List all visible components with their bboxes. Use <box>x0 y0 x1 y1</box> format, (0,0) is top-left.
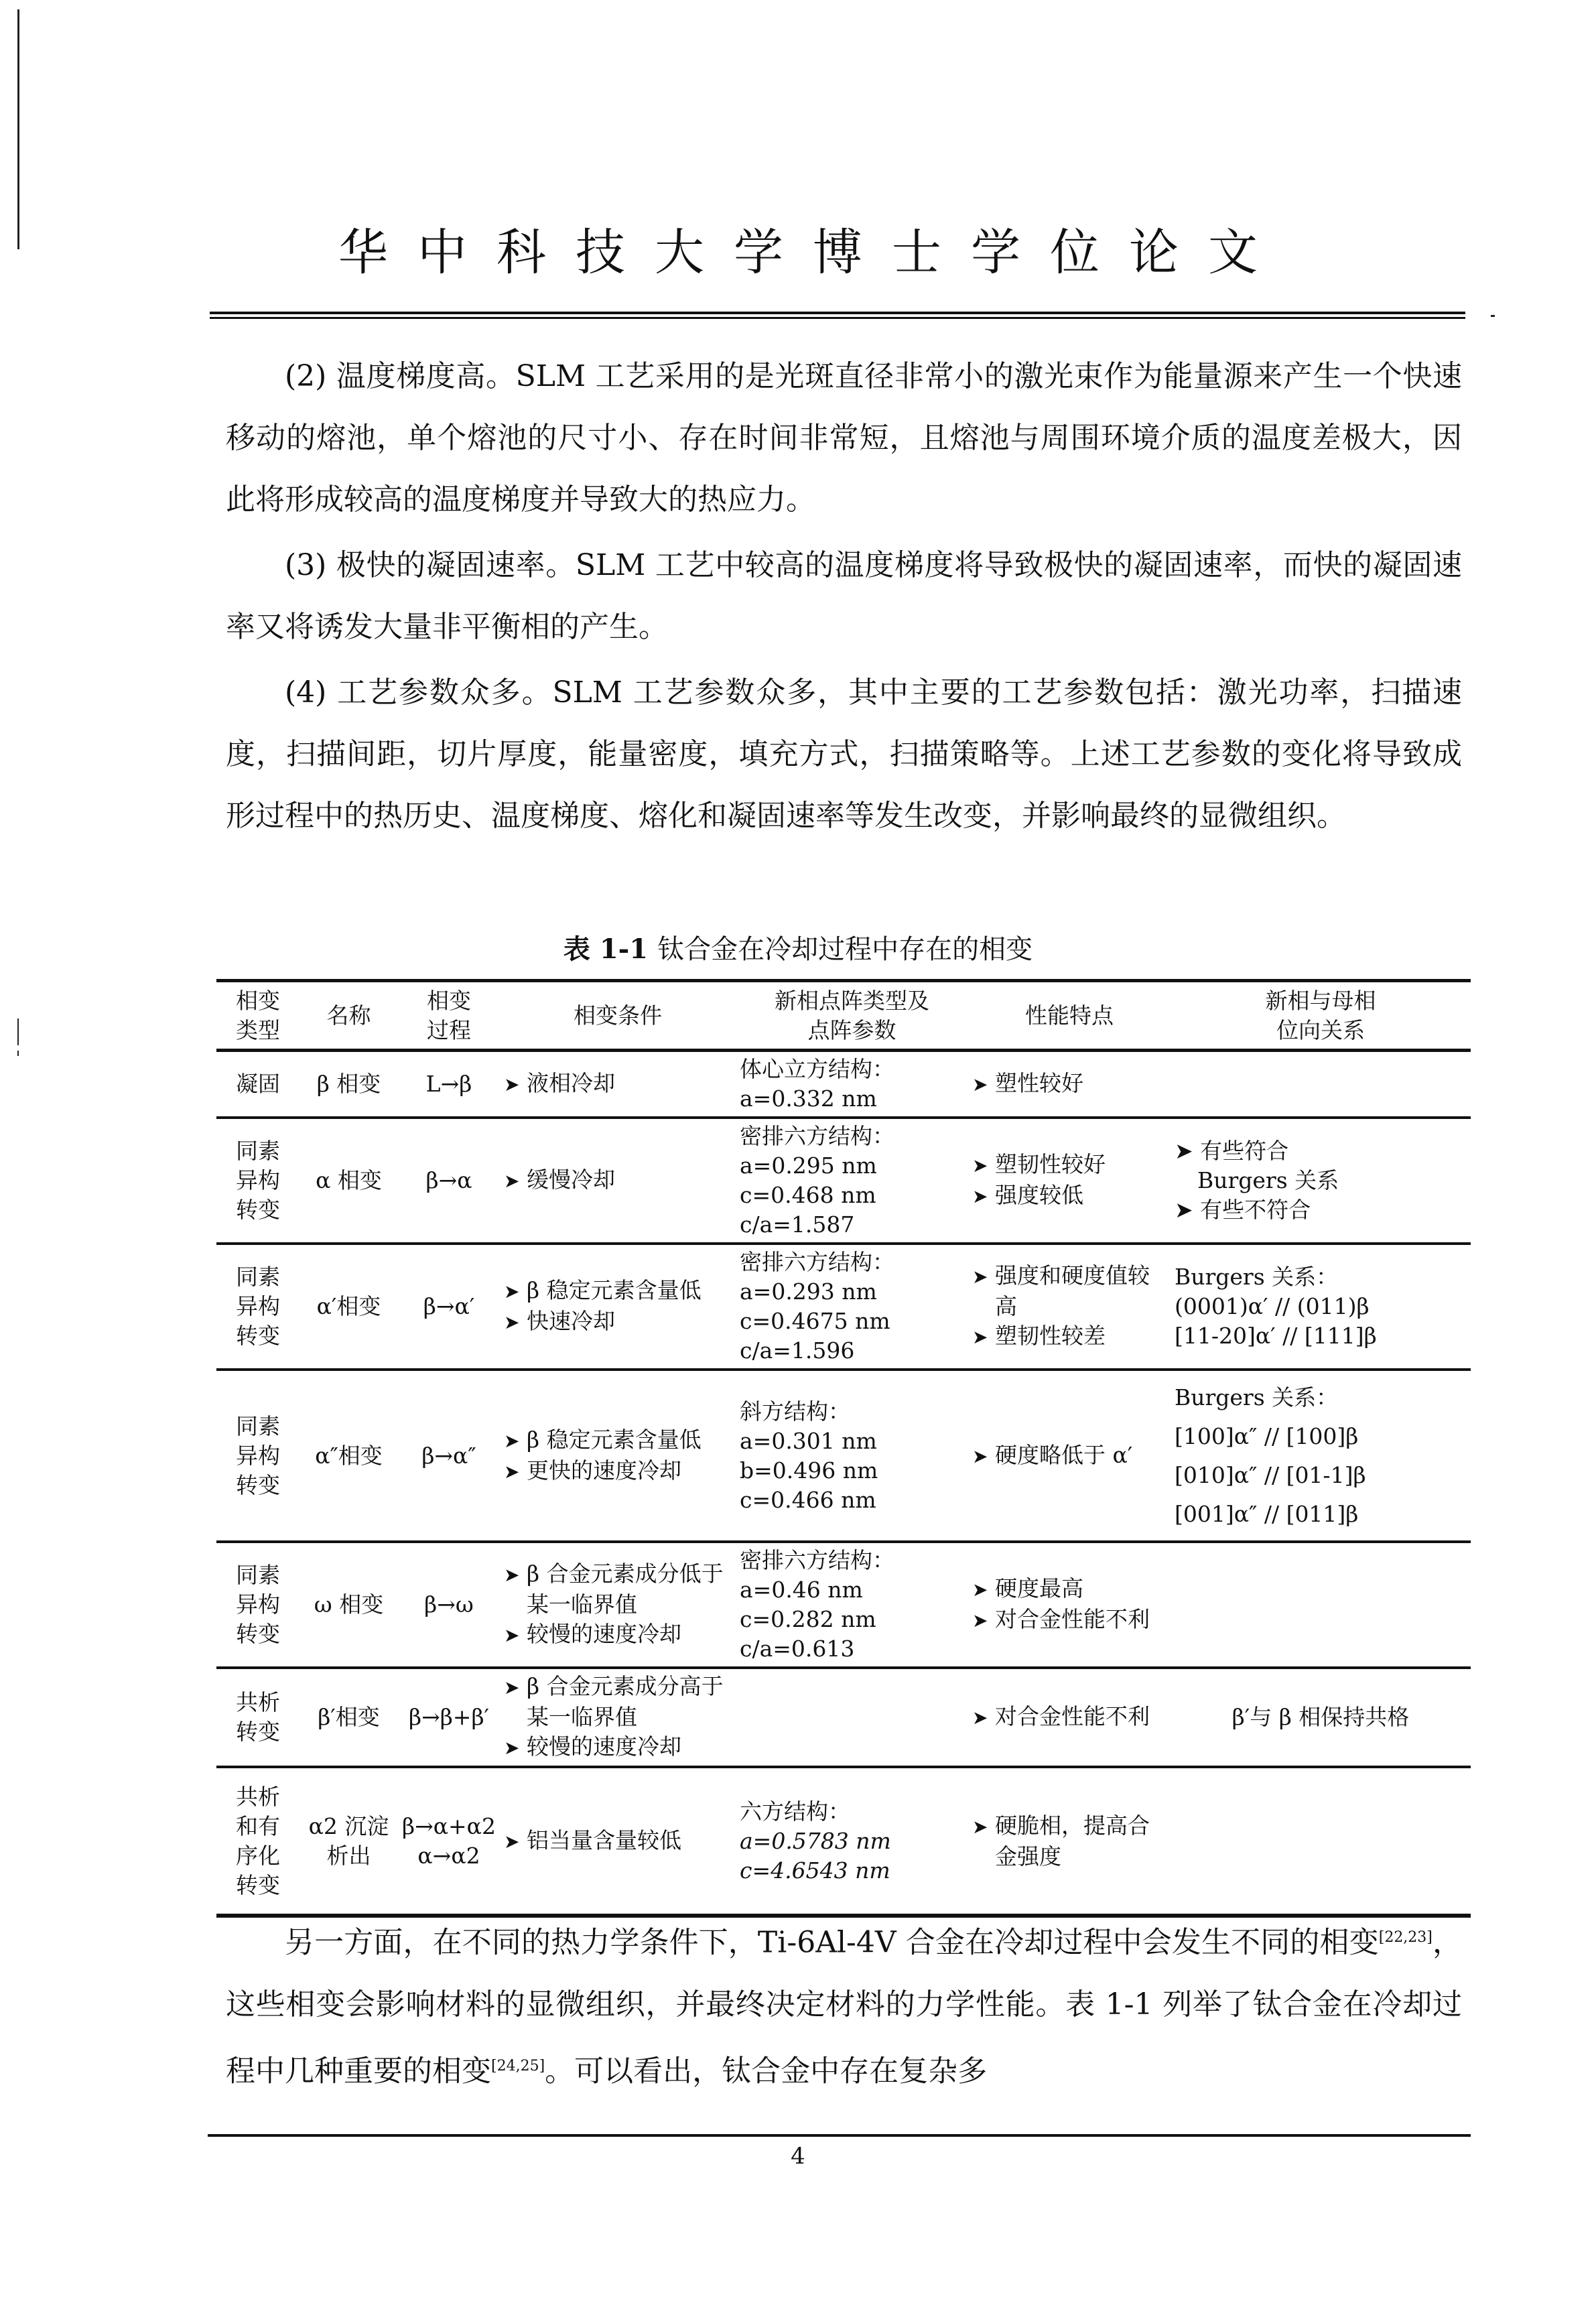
cell-process: β→α+α2α→α2 <box>398 1767 500 1916</box>
citation-ref[interactable]: [24,25] <box>491 2058 545 2074</box>
cell-process: L→β <box>398 1051 500 1118</box>
table-caption-label: 表 1-1 <box>563 933 648 965</box>
cell-process: β→ω <box>398 1542 500 1668</box>
paragraph-process-parameters: (4) 工艺参数众多。SLM 工艺参数众多，其中主要的工艺参数包括：激光功率，扫… <box>226 662 1462 847</box>
cell-process: β→α′ <box>398 1244 500 1370</box>
table-row: 共析转变 β′相变 β→β+β′ β 合金元素成分高于某一临界值较慢的速度冷却 … <box>216 1668 1471 1767</box>
footer-rule <box>208 2134 1471 2137</box>
cell-type: 同素异构转变 <box>216 1542 300 1668</box>
cell-condition: β 合金元素成分高于某一临界值较慢的速度冷却 <box>500 1668 736 1767</box>
cell-property: 强度和硬度值较高塑韧性较差 <box>968 1244 1171 1370</box>
table-caption: 表 1-1钛合金在冷却过程中存在的相变 <box>0 928 1596 966</box>
cell-type: 同素异构转变 <box>216 1370 300 1542</box>
cell-name: α 相变 <box>300 1118 398 1244</box>
cell-property: 硬脆相，提高合金强度 <box>968 1767 1171 1916</box>
cell-property: 硬度最高对合金性能不利 <box>968 1542 1171 1668</box>
table-row: 同素异构转变 α″相变 β→α″ β 稳定元素含量低更快的速度冷却 斜方结构：a… <box>216 1370 1471 1542</box>
paragraph-temperature-gradient: (2) 温度梯度高。SLM 工艺采用的是光斑直径非常小的激光束作为能量源来产生一… <box>226 346 1462 531</box>
cell-lattice: 密排六方结构：a=0.46 nmc=0.282 nmc/a=0.613 <box>736 1542 968 1668</box>
cell-name: α2 沉淀析出 <box>300 1767 398 1916</box>
cell-lattice: 体心立方结构：a=0.332 nm <box>736 1051 968 1118</box>
table-row: 同素异构转变 α 相变 β→α 缓慢冷却 密排六方结构：a=0.295 nmc=… <box>216 1118 1471 1244</box>
cell-condition: 铝当量含量较低 <box>500 1767 736 1916</box>
cell-condition: β 稳定元素含量低快速冷却 <box>500 1244 736 1370</box>
cell-condition: 缓慢冷却 <box>500 1118 736 1244</box>
cell-lattice: 斜方结构：a=0.301 nmb=0.496 nmc=0.466 nm <box>736 1370 968 1542</box>
cell-type: 共析转变 <box>216 1668 300 1767</box>
cell-condition: β 稳定元素含量低更快的速度冷却 <box>500 1370 736 1542</box>
citation-ref[interactable]: [22,23] <box>1379 1929 1433 1946</box>
cell-name: α′相变 <box>300 1244 398 1370</box>
header-lattice: 新相点阵类型及点阵参数 <box>736 981 968 1051</box>
page-number: 4 <box>0 2143 1596 2170</box>
cell-property: 塑性较好 <box>968 1051 1171 1118</box>
cell-lattice: 密排六方结构：a=0.293 nmc=0.4675 nmc/a=1.596 <box>736 1244 968 1370</box>
cell-orientation <box>1171 1542 1471 1668</box>
cell-name: ω 相变 <box>300 1542 398 1668</box>
header-type: 相变类型 <box>216 981 300 1051</box>
header-name: 名称 <box>300 981 398 1051</box>
phase-transformation-table: 相变类型 名称 相变过程 相变条件 新相点阵类型及点阵参数 性能特点 新相与母相… <box>216 979 1471 1918</box>
cell-lattice: 密排六方结构：a=0.295 nmc=0.468 nmc/a=1.587 <box>736 1118 968 1244</box>
header-process: 相变过程 <box>398 981 500 1051</box>
cell-type: 凝固 <box>216 1051 300 1118</box>
cell-process: β→α″ <box>398 1370 500 1542</box>
body-text-bottom: 另一方面，在不同的热力学条件下，Ti-6Al-4V 合金在冷却过程中会发生不同的… <box>226 1907 1462 2102</box>
header-property: 性能特点 <box>968 981 1171 1051</box>
cell-condition: β 合金元素成分低于某一临界值较慢的速度冷却 <box>500 1542 736 1668</box>
cell-property: 对合金性能不利 <box>968 1668 1171 1767</box>
scan-artifact-dot <box>1491 315 1495 317</box>
table-row: 凝固 β 相变 L→β 液相冷却 体心立方结构：a=0.332 nm 塑性较好 <box>216 1051 1471 1118</box>
header-condition: 相变条件 <box>500 981 736 1051</box>
cell-orientation: β′与 β 相保持共格 <box>1171 1668 1471 1767</box>
table-row: 共析和有序化转变 α2 沉淀析出 β→α+α2α→α2 铝当量含量较低 六方结构… <box>216 1767 1471 1916</box>
paragraph-solidification-rate: (3) 极快的凝固速率。SLM 工艺中较高的温度梯度将导致极快的凝固速率，而快的… <box>226 535 1462 658</box>
cell-lattice: 六方结构：a=0.5783 nmc=4.6543 nm <box>736 1767 968 1916</box>
cell-orientation: ➤ 有些符合Burgers 关系➤ 有些不符合 <box>1171 1118 1471 1244</box>
cell-type: 同素异构转变 <box>216 1118 300 1244</box>
table-row: 同素异构转变 ω 相变 β→ω β 合金元素成分低于某一临界值较慢的速度冷却 密… <box>216 1542 1471 1668</box>
table-header-row: 相变类型 名称 相变过程 相变条件 新相点阵类型及点阵参数 性能特点 新相与母相… <box>216 981 1471 1051</box>
cell-orientation: Burgers 关系：[100]α″ // [100]β[010]α″ // [… <box>1171 1370 1471 1542</box>
paragraph-phase-transformations: 另一方面，在不同的热力学条件下，Ti-6Al-4V 合金在冷却过程中会发生不同的… <box>226 1907 1462 2102</box>
cell-name: β′相变 <box>300 1668 398 1767</box>
running-header-title: 华中科技大学博士学位论文 <box>0 213 1596 284</box>
cell-orientation: Burgers 关系：(0001)α′ // (011)β[11-20]α′ /… <box>1171 1244 1471 1370</box>
cell-lattice <box>736 1668 968 1767</box>
cell-condition: 液相冷却 <box>500 1051 736 1118</box>
cell-process: β→α <box>398 1118 500 1244</box>
cell-type: 同素异构转变 <box>216 1244 300 1370</box>
cell-property: 硬度略低于 α′ <box>968 1370 1171 1542</box>
header-orientation: 新相与母相位向关系 <box>1171 981 1471 1051</box>
cell-orientation <box>1171 1051 1471 1118</box>
cell-orientation <box>1171 1767 1471 1916</box>
header-double-rule <box>210 312 1465 319</box>
cell-type: 共析和有序化转变 <box>216 1767 300 1916</box>
table-row: 同素异构转变 α′相变 β→α′ β 稳定元素含量低快速冷却 密排六方结构：a=… <box>216 1244 1471 1370</box>
cell-name: β 相变 <box>300 1051 398 1118</box>
scan-artifact-line <box>17 1051 19 1056</box>
cell-process: β→β+β′ <box>398 1668 500 1767</box>
body-text-top: (2) 温度梯度高。SLM 工艺采用的是光斑直径非常小的激光束作为能量源来产生一… <box>226 346 1462 847</box>
cell-name: α″相变 <box>300 1370 398 1542</box>
table-caption-text: 钛合金在冷却过程中存在的相变 <box>657 934 1033 965</box>
cell-property: 塑韧性较好强度较低 <box>968 1118 1171 1244</box>
scan-artifact-line <box>17 1018 19 1045</box>
